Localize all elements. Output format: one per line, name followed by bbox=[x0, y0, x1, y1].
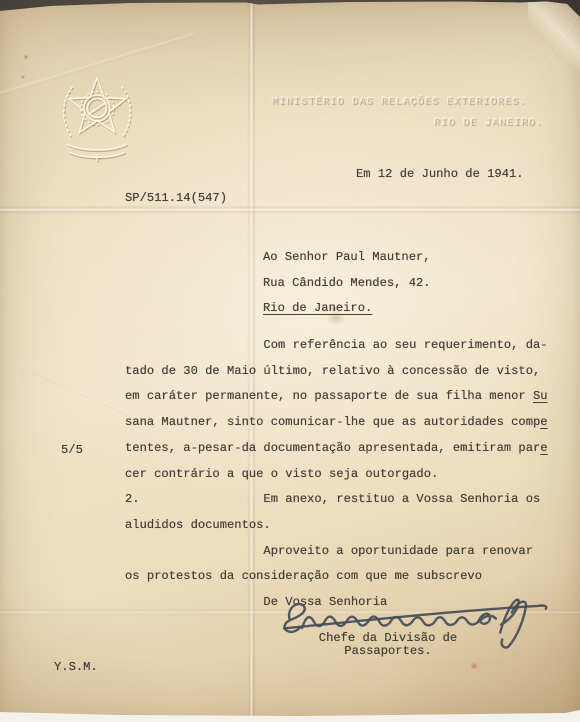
letter-line: sana Mautner, sinto comunicar-lhe que as… bbox=[125, 410, 548, 436]
top-right-corner-fold bbox=[528, 0, 580, 74]
letter-line: Rua Cândido Mendes, 42. bbox=[263, 271, 431, 297]
date-line: Em 12 de Junho de 1941. bbox=[356, 162, 524, 188]
signature-title: Chefe da Divisão dePassaportes. bbox=[300, 632, 476, 659]
brazil-coat-of-arms-seal-icon bbox=[56, 60, 138, 168]
letter-line: Rio de Janeiro. bbox=[263, 296, 431, 322]
letter-line: Aproveito a oportunidade para renovar bbox=[125, 539, 548, 565]
letter-line: Com referência ao seu requerimento, da- bbox=[125, 333, 548, 359]
letter-paper: MINISTÉRIO DAS RELAÇÕES EXTERIORES. RIO … bbox=[0, 0, 580, 722]
letter-line: 2. Em anexo, restituo a Vossa Senhoria o… bbox=[125, 487, 548, 513]
clerk-initials: Y.S.M. bbox=[54, 655, 98, 681]
letter-line: em caráter permanente, no passaporte de … bbox=[125, 384, 548, 410]
margin-note: 5/5 bbox=[61, 438, 83, 464]
letter-line: os protestos da consideração com que me … bbox=[125, 564, 548, 590]
letter-line: tentes, a-pesar-da documentação apresent… bbox=[125, 436, 548, 462]
letter-body: Com referência ao seu requerimento, da-t… bbox=[125, 333, 548, 616]
letter-line: cer contrário a que o visto seja outorga… bbox=[125, 462, 548, 488]
letter-line: Passaportes. bbox=[300, 645, 476, 658]
scanned-letter-photo: MINISTÉRIO DAS RELAÇÕES EXTERIORES. RIO … bbox=[0, 0, 580, 722]
letter-line: aludidos documentos. bbox=[125, 513, 548, 539]
horizontal-fold-crease-top bbox=[0, 205, 580, 214]
letter-line: tado de 30 de Maio último, relativo à co… bbox=[125, 359, 548, 385]
top-right-fold-line bbox=[541, 0, 580, 73]
letterhead-city: RIO DE JANEIRO. bbox=[434, 117, 543, 129]
reference-number: SP/511.14(547) bbox=[125, 186, 227, 212]
letter-line: Ao Senhor Paul Mautner, bbox=[263, 245, 431, 271]
recipient-address: Ao Senhor Paul Mautner,Rua Cândido Mende… bbox=[263, 245, 431, 322]
letter-line: Chefe da Divisão de bbox=[300, 632, 476, 645]
letterhead-ministry-name: MINISTÉRIO DAS RELAÇÕES EXTERIORES. bbox=[272, 96, 527, 108]
